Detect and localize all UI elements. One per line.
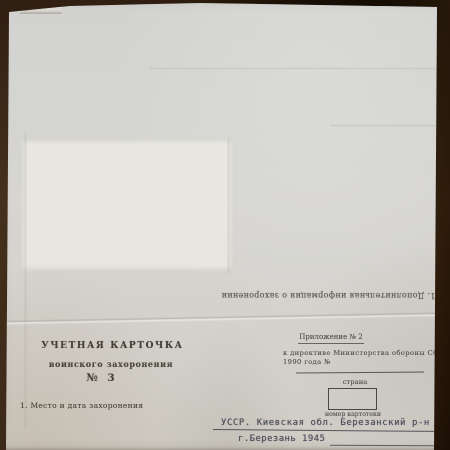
card-number: № 3 <box>60 372 144 384</box>
field-1-label: 1. Место и дата захоронения <box>20 401 143 410</box>
appendix-line-1: Приложение № 2 <box>298 333 364 344</box>
bleedthrough-patch <box>22 140 232 270</box>
typed-location-line-1: УССР. Киевская обл. Березанский р-н <box>221 418 430 428</box>
fold-crease-line <box>4 313 446 324</box>
bleedthrough-vertical-line-right <box>228 138 229 273</box>
faint-paper-line-right <box>330 125 442 126</box>
location-line-2-rule <box>330 445 448 447</box>
reverse-side-note: 11. Дополнительная информация о захороне… <box>215 291 447 300</box>
appendix-line-2: к директиве Министерства обороны СССР <box>283 349 449 357</box>
bleedthrough-vertical-line-left <box>25 133 26 428</box>
country-label: страна <box>322 378 388 386</box>
card-subtitle: воинского захоронения <box>35 359 187 369</box>
card-index-label: номер картотеки <box>318 411 388 418</box>
appendix-line-3: 1990 года № <box>283 358 331 366</box>
document-paper: 11. Дополнительная информация о захороне… <box>0 0 450 450</box>
appendix-divider-rule <box>296 372 424 374</box>
card-title: УЧЕТНАЯ КАРТОЧКА <box>35 341 190 351</box>
location-line-1-rule <box>213 429 448 432</box>
typed-location-line-2: г.Березань 1945 <box>238 434 325 444</box>
card-index-box <box>328 388 377 410</box>
photo-background: 11. Дополнительная информация о захороне… <box>0 0 450 450</box>
faint-paper-line-upper <box>150 68 440 69</box>
paper-corner-fold <box>20 3 62 14</box>
